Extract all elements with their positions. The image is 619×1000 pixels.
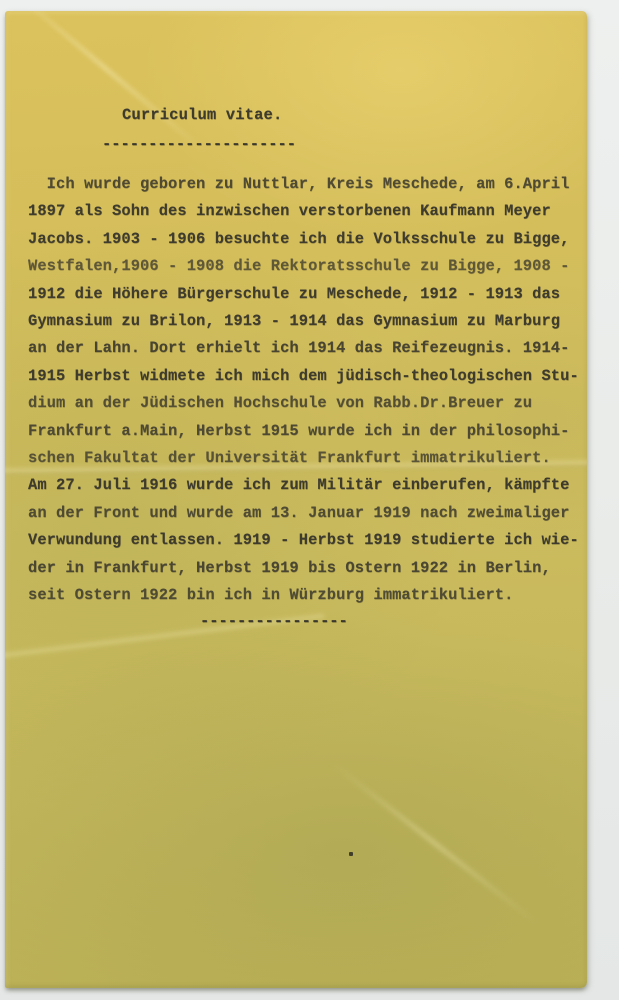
text-line: Westfalen,1906 - 1908 die Rektoratsschul… bbox=[28, 253, 584, 280]
text-line: Am 27. Juli 1916 wurde ich zum Militär e… bbox=[28, 472, 584, 499]
text-line: an der Front und wurde am 13. Januar 191… bbox=[28, 500, 584, 527]
text-line: Ich wurde geboren zu Nuttlar, Kreis Mesc… bbox=[28, 171, 584, 198]
text-line: an der Lahn. Dort erhielt ich 1914 das R… bbox=[28, 335, 584, 362]
text-line: Gymnasium zu Brilon, 1913 - 1914 das Gym… bbox=[28, 308, 584, 335]
text-line: dium an der Jüdischen Hochschule von Rab… bbox=[28, 390, 584, 417]
body-text: Ich wurde geboren zu Nuttlar, Kreis Mesc… bbox=[28, 171, 584, 610]
text-line: 1897 als Sohn des inzwischen verstorbene… bbox=[28, 198, 584, 225]
ink-speck bbox=[349, 852, 353, 856]
scan-background: Curriculum vitae. --------------------- … bbox=[0, 0, 619, 1000]
text-line: 1912 die Höhere Bürgerschule zu Meschede… bbox=[28, 281, 584, 308]
text-line: Verwundung entlassen. 1919 - Herbst 1919… bbox=[28, 527, 584, 554]
paper-crease-top-left bbox=[5, 11, 206, 153]
text-line: der in Frankfurt, Herbst 1919 bis Ostern… bbox=[28, 555, 584, 582]
title-underline-dashes: --------------------- bbox=[102, 135, 296, 153]
page-title: Curriculum vitae. bbox=[122, 106, 282, 124]
paper-crease-bottom-right bbox=[331, 761, 539, 925]
closing-dashes: ---------------- bbox=[200, 611, 348, 631]
text-line: 1915 Herbst widmete ich mich dem jüdisch… bbox=[28, 363, 584, 390]
paper-sheet: Curriculum vitae. --------------------- … bbox=[5, 11, 587, 988]
text-line: seit Ostern 1922 bin ich in Würzburg imm… bbox=[28, 582, 584, 609]
text-line: Frankfurt a.Main, Herbst 1915 wurde ich … bbox=[28, 418, 584, 445]
text-line: Jacobs. 1903 - 1906 besuchte ich die Vol… bbox=[28, 226, 584, 253]
text-line: schen Fakultat der Universität Frankfurt… bbox=[28, 445, 584, 472]
